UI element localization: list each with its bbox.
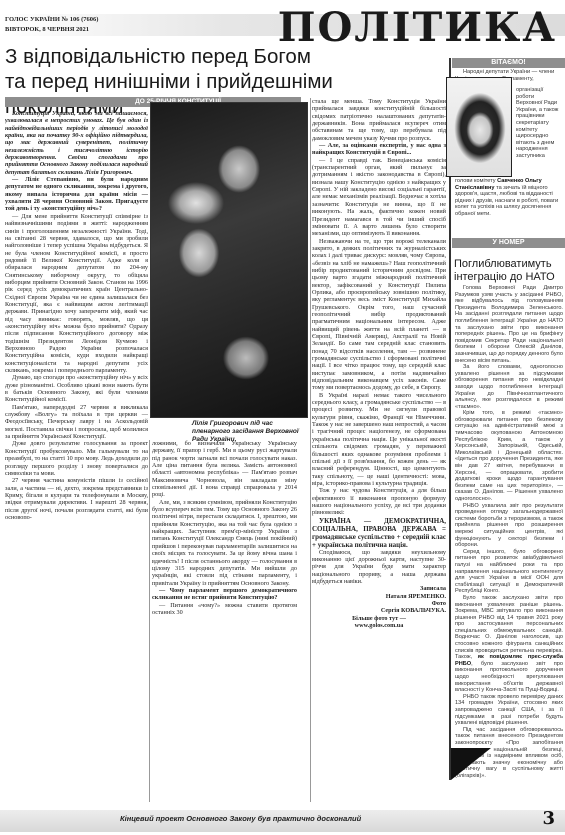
article-column-4: стала ще менша. Тому Конституція України… — [312, 98, 446, 802]
greeting-pre: голови комітету — [455, 178, 496, 184]
website-link[interactable]: www.golos.com.ua — [312, 622, 446, 629]
formula: УКРАЇНА — ДЕМОКРАТИЧНА, СОЦІАЛЬНА, ПРАВО… — [312, 517, 446, 549]
article-intro: Конституція України, якою ми всі пишаємо… — [5, 110, 148, 176]
article-photo — [150, 102, 308, 418]
text: , було заслухано звіт про виконання прот… — [455, 661, 563, 693]
question-3: — Але, за оцінками експертів, у нас одна… — [312, 142, 446, 157]
issue-info: ГОЛОС УКРАЇНИ № 106 (7606) ВІВТОРОК, 8 Ч… — [5, 15, 98, 35]
issue-story-body: Голова Верховної Ради Дмитро Разумков уз… — [455, 285, 563, 805]
column-divider — [310, 98, 311, 802]
paragraph: Незважаючи на те, що три ворожі телекана… — [312, 238, 446, 392]
issue-story-title: Поглиблюватимуть інтеграцію до НАТО — [454, 258, 564, 284]
article-column-3-text — [228, 440, 229, 441]
paragraph: Тож у нас чудова Конституція, а для біль… — [312, 487, 446, 516]
paragraph: В Україні наразі немає такого чисельного… — [312, 392, 446, 487]
paragraph: РНБО ухвалила звіт про результати провед… — [455, 503, 563, 549]
sig-photographer: Сергія КОВАЛЬЧУКА. — [312, 607, 446, 614]
footer-tagline: Кінцевий проект Основного Закону був пра… — [120, 814, 440, 823]
question-2: — Чому парламент першого демократичного … — [152, 587, 297, 602]
greeting-portrait — [446, 77, 512, 177]
article-column-1: Конституція України, якою ми всі пишаємо… — [5, 110, 148, 802]
text: Було також заслухано звіти про виконання… — [455, 595, 563, 660]
headline-line-1: З відповідальністю перед Богом — [5, 44, 425, 69]
paragraph: Дуже довго результатне голосування за пр… — [5, 440, 148, 477]
article-column-2: ложними, бо визначали Українську Українс… — [152, 440, 297, 802]
paragraph: — І це справді так. Венеціанська комісія… — [312, 157, 446, 238]
paragraph: — Для мене прийняття Конституції співмір… — [5, 213, 148, 375]
column-divider — [149, 440, 150, 802]
paragraph: Пам'ятаю, напередодні 27 червня я виклик… — [5, 404, 148, 441]
paragraph: Сподіваюся, що завдяки неухильному викон… — [312, 549, 446, 586]
page-corner-decoration — [451, 748, 491, 780]
sig-author: Наталя ЯРЕМЕНКО. — [312, 593, 446, 600]
paragraph: За його словами, одноголосно ухвалено рі… — [455, 364, 563, 410]
paragraph: Серед іншого, було обговорено питання пр… — [455, 549, 563, 595]
issue-date: ВІВТОРОК, 8 ЧЕРВНЯ 2021 — [5, 25, 98, 35]
signature-recorded-by: Записала Наталя ЯРЕМЕНКО. Фото Сергія КО… — [312, 585, 446, 614]
sig-label: Записала — [312, 585, 446, 592]
more-photos-label: Більше фото тут — — [312, 615, 446, 622]
page-number: 3 — [542, 808, 555, 829]
paragraph: Крім того, в режимі «таємно» обговорювал… — [455, 410, 563, 502]
question-1: — Ліліє Степанівно, ви були народним деп… — [5, 176, 148, 213]
paragraph: РНБО також провело перевірку даних 134 г… — [455, 694, 563, 727]
paragraph: стала ще менша. Тому Конституція України… — [312, 98, 446, 142]
greeting-text-bottom: голови комітету Савченко Ольгу Станіслав… — [455, 178, 563, 218]
issue-number: ГОЛОС УКРАЇНИ № 106 (7606) — [5, 15, 98, 25]
paragraph: Але, ми, з всяким сумнівом, прийняли Кон… — [152, 499, 297, 587]
greeting-header: ВІТАЄМО! — [452, 58, 565, 68]
paragraph: 27 червня частина комуністів пішли із се… — [5, 477, 148, 521]
paragraph: Думаю, що спогади про «конституційну ніч… — [5, 374, 148, 403]
more-photos-note: Більше фото тут — www.golos.com.ua — [312, 615, 446, 630]
paragraph: ложними, бо визначали Українську Українс… — [152, 440, 297, 499]
in-this-issue-header: У НОМЕР — [452, 238, 565, 248]
paragraph: Голова Верховної Ради Дмитро Разумков уз… — [455, 285, 563, 364]
paragraph: — Питання «чому?» можна ставити протягом… — [152, 602, 297, 617]
greeting-text-wrap: організації роботи Верховної Ради Україн… — [516, 87, 562, 160]
sig-photo-label: Фото — [312, 600, 446, 607]
paragraph: Було також заслухано звіти про виконання… — [455, 595, 563, 694]
